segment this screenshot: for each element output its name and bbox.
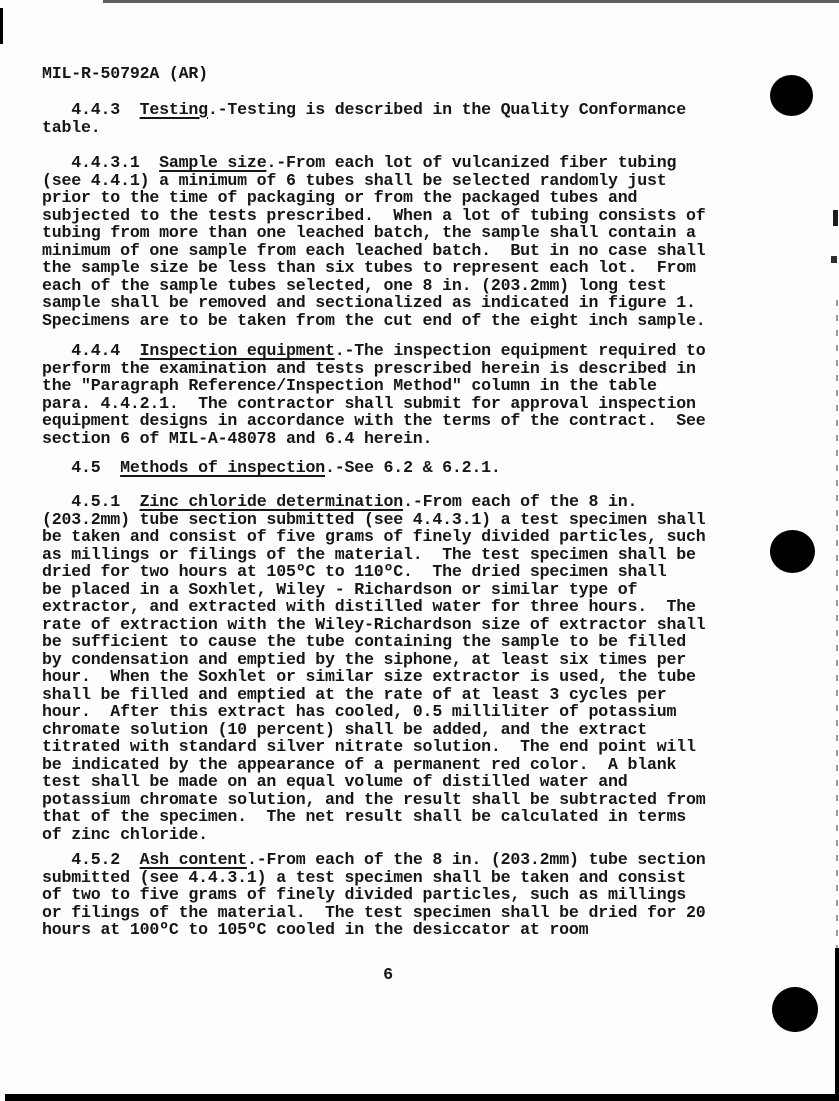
punch-hole-mark-icon bbox=[770, 75, 813, 116]
paragraph-4-5-1: 4.5.1 Zinc chloride determination.-From … bbox=[42, 493, 706, 843]
section-number: 4.4.3 bbox=[42, 100, 140, 119]
scanned-document-page: MIL-R-50792A (AR) 4.4.3 Testing.-Testing… bbox=[0, 0, 839, 1101]
section-title: Inspection equipment bbox=[140, 341, 335, 360]
section-title: Zinc chloride determination bbox=[140, 492, 403, 511]
section-title: Sample size bbox=[159, 153, 266, 172]
scan-edge-line-right bbox=[835, 948, 839, 1101]
section-number: 4.5 bbox=[42, 458, 120, 477]
section-body: .-See 6.2 & 6.2.1. bbox=[325, 458, 501, 477]
section-title: Methods of inspection bbox=[120, 458, 325, 477]
scan-edge-line-top bbox=[103, 0, 839, 3]
section-body: .-From each lot of vulcanized fiber tubi… bbox=[42, 153, 706, 330]
punch-hole-mark-icon bbox=[770, 530, 815, 573]
section-number: 4.5.2 bbox=[42, 850, 140, 869]
paragraph-4-4-4: 4.4.4 Inspection equipment.-The inspecti… bbox=[42, 342, 706, 447]
scan-edge-dotted-line-right bbox=[836, 300, 838, 950]
section-title: Ash content bbox=[140, 850, 247, 869]
section-number: 4.5.1 bbox=[42, 492, 140, 511]
scan-edge-tick-right bbox=[831, 256, 837, 263]
section-number: 4.4.3.1 bbox=[42, 153, 159, 172]
page-number: 6 bbox=[42, 966, 734, 984]
paragraph-4-4-3: 4.4.3 Testing.-Testing is described in t… bbox=[42, 101, 686, 136]
punch-hole-mark-icon bbox=[772, 987, 818, 1032]
scan-edge-tick-left bbox=[0, 8, 3, 44]
section-title: Testing bbox=[140, 100, 208, 119]
paragraph-4-5-2: 4.5.2 Ash content.-From each of the 8 in… bbox=[42, 851, 706, 939]
paragraph-4-5: 4.5 Methods of inspection.-See 6.2 & 6.2… bbox=[42, 459, 501, 477]
scan-edge-tick-right bbox=[833, 210, 838, 226]
document-id-header: MIL-R-50792A (AR) bbox=[42, 65, 208, 83]
section-number: 4.4.4 bbox=[42, 341, 140, 360]
paragraph-4-4-3-1: 4.4.3.1 Sample size.-From each lot of vu… bbox=[42, 154, 706, 329]
scan-edge-bar-bottom bbox=[5, 1094, 839, 1101]
section-body: .-From each of the 8 in. (203.2mm) tube … bbox=[42, 492, 706, 844]
